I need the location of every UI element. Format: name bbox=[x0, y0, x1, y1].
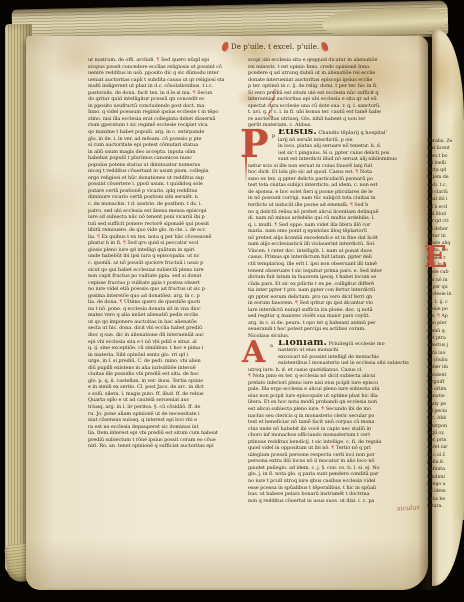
text-line: existentibus ī monasterio uel in ecclesi… bbox=[278, 360, 424, 367]
incipit-rest: Chandis tēplarij q hospital' bbox=[317, 130, 387, 136]
text-line: niri. Ro. an. tenet opinionē q sufficiat… bbox=[88, 443, 241, 450]
text-line: ud clariū bbox=[427, 189, 457, 196]
text-line: qd pecia bbox=[427, 408, 457, 415]
text-line: fac. Abb bbox=[427, 415, 457, 422]
rubric-leaf-icon bbox=[322, 42, 329, 52]
text-line: beat ibi i bbox=[427, 196, 457, 203]
text-line: tendimi bbox=[427, 474, 457, 481]
text-line: ptra iuo bbox=[427, 350, 457, 357]
lombard-initial-E: E bbox=[424, 244, 460, 272]
text-line: dicta qd bbox=[427, 167, 457, 174]
text-line: futura. bbox=[427, 503, 457, 510]
text-line: hoc prin bbox=[427, 437, 457, 444]
text-line: re. t. ij. c bbox=[427, 299, 457, 306]
text-line: ll lego a bbox=[427, 481, 457, 488]
text-line: bus licent bbox=[427, 145, 457, 152]
text-line: ecclesie in bbox=[427, 291, 457, 298]
text-line: pendent bbox=[427, 372, 457, 379]
text-line: legem de bbox=[427, 174, 457, 181]
rubric-leaf-icon bbox=[222, 42, 228, 51]
text-line: uenire redditus in usū. pposito dic q si… bbox=[88, 70, 241, 77]
text-line: bet ptra bbox=[427, 335, 457, 342]
guide-letter: a bbox=[270, 343, 273, 349]
chapter-lioniam: A a LIoniam. Priuilegiū ecclesie mo nast… bbox=[248, 340, 424, 505]
incipit-line: Etistis. Chandis tēplarij q hospital' bbox=[278, 129, 424, 137]
text-line: deber im bbox=[427, 364, 457, 371]
text-line: codi. t.c. bbox=[427, 182, 457, 189]
right-column-intro: scopi ubi ecclesia sita e qeqquid dicatu… bbox=[248, 57, 424, 129]
text-line: larguiff bbox=[427, 379, 457, 386]
text-line: super qu bbox=[427, 284, 457, 291]
text-line: curet iur bbox=[427, 444, 457, 451]
text-line: mi deber bbox=[427, 226, 457, 233]
chapter-petistis-text: larij nō seruāt interdictū. p oiein loco… bbox=[248, 137, 424, 340]
text-column-left: ut nostrum. de offi. archidi. ¶ Sed quer… bbox=[88, 57, 241, 450]
text-line: ne oftim bbox=[427, 386, 457, 393]
text-line: ud inelli bbox=[427, 160, 457, 167]
incipit-word: Etistis. bbox=[278, 129, 317, 137]
text-line: re cōuliu bbox=[427, 357, 457, 364]
text-line: menū q. bbox=[427, 328, 457, 335]
text-line: definita bbox=[427, 466, 457, 473]
text-line: ponatio bbox=[427, 393, 457, 400]
text-line: q li illud bbox=[427, 211, 457, 218]
chapter-lioniam-text: nasterio ut eius monachiexcoicari nō pos… bbox=[248, 347, 424, 504]
text-line: bie. ¶ Ap bbox=[427, 313, 457, 320]
guide-letter: p bbox=[272, 133, 275, 139]
chapter-petistis: P p Etistis. Chandis tēplarij q hospital… bbox=[248, 129, 424, 340]
text-line: ubi nō in bbox=[427, 277, 457, 284]
main-page: De p'uile. t excel. p'uile. ut nostrum. … bbox=[26, 36, 428, 590]
incipit-rest: Priuilegiū ecclesie mo bbox=[327, 341, 385, 347]
text-line: non q redditus cōuertat in usus suos. ut… bbox=[248, 498, 424, 505]
lombard-initial-P: P bbox=[240, 127, 269, 161]
text-line: ad idem bbox=[427, 488, 457, 495]
running-title: De p'uile. t excel. p'uile. bbox=[222, 42, 372, 51]
text-line: quo pler bbox=[427, 320, 457, 327]
text-line: floralia. Ze bbox=[427, 138, 457, 145]
text-line: catis be bbox=[427, 496, 457, 503]
text-line: Inno. q videl pcessum regimē ipsius eccl… bbox=[88, 109, 241, 116]
text-line: pella.ß. bbox=[427, 459, 457, 466]
text-line: rienie po bbox=[427, 306, 457, 313]
incipit-line: LIoniam. Priuilegiū ecclesie mo bbox=[278, 340, 424, 348]
text-line: dilectus j bbox=[427, 342, 457, 349]
text-column-right: scopi ubi ecclesia sita e qeqquid dicatu… bbox=[248, 57, 424, 504]
text-line: ß.eo.t bo bbox=[427, 153, 457, 160]
text-line: litaty pe bbox=[427, 401, 457, 408]
next-page-text-column: floralia. Zebus licentß.eo.t boud inelli… bbox=[427, 138, 457, 510]
lombard-initial-A: A bbox=[242, 339, 265, 367]
book-photo: De p'uile. t excel. p'uile. ut nostrum. … bbox=[0, 0, 464, 602]
text-line: legil oy. bbox=[427, 430, 457, 437]
text-line: interpon bbox=[427, 423, 457, 430]
rubricator-signature: siculus bbox=[397, 503, 420, 513]
incipit-word: LIoniam. bbox=[278, 340, 327, 348]
text-line: fer qd cri bbox=[427, 218, 457, 225]
text-line: detur in bbox=[427, 233, 457, 240]
running-title-text: De p'uile. t excel. p'uile. bbox=[231, 43, 319, 51]
text-line: qd li ecd bbox=[427, 204, 457, 211]
text-line: in.c.oī š bbox=[427, 452, 457, 459]
